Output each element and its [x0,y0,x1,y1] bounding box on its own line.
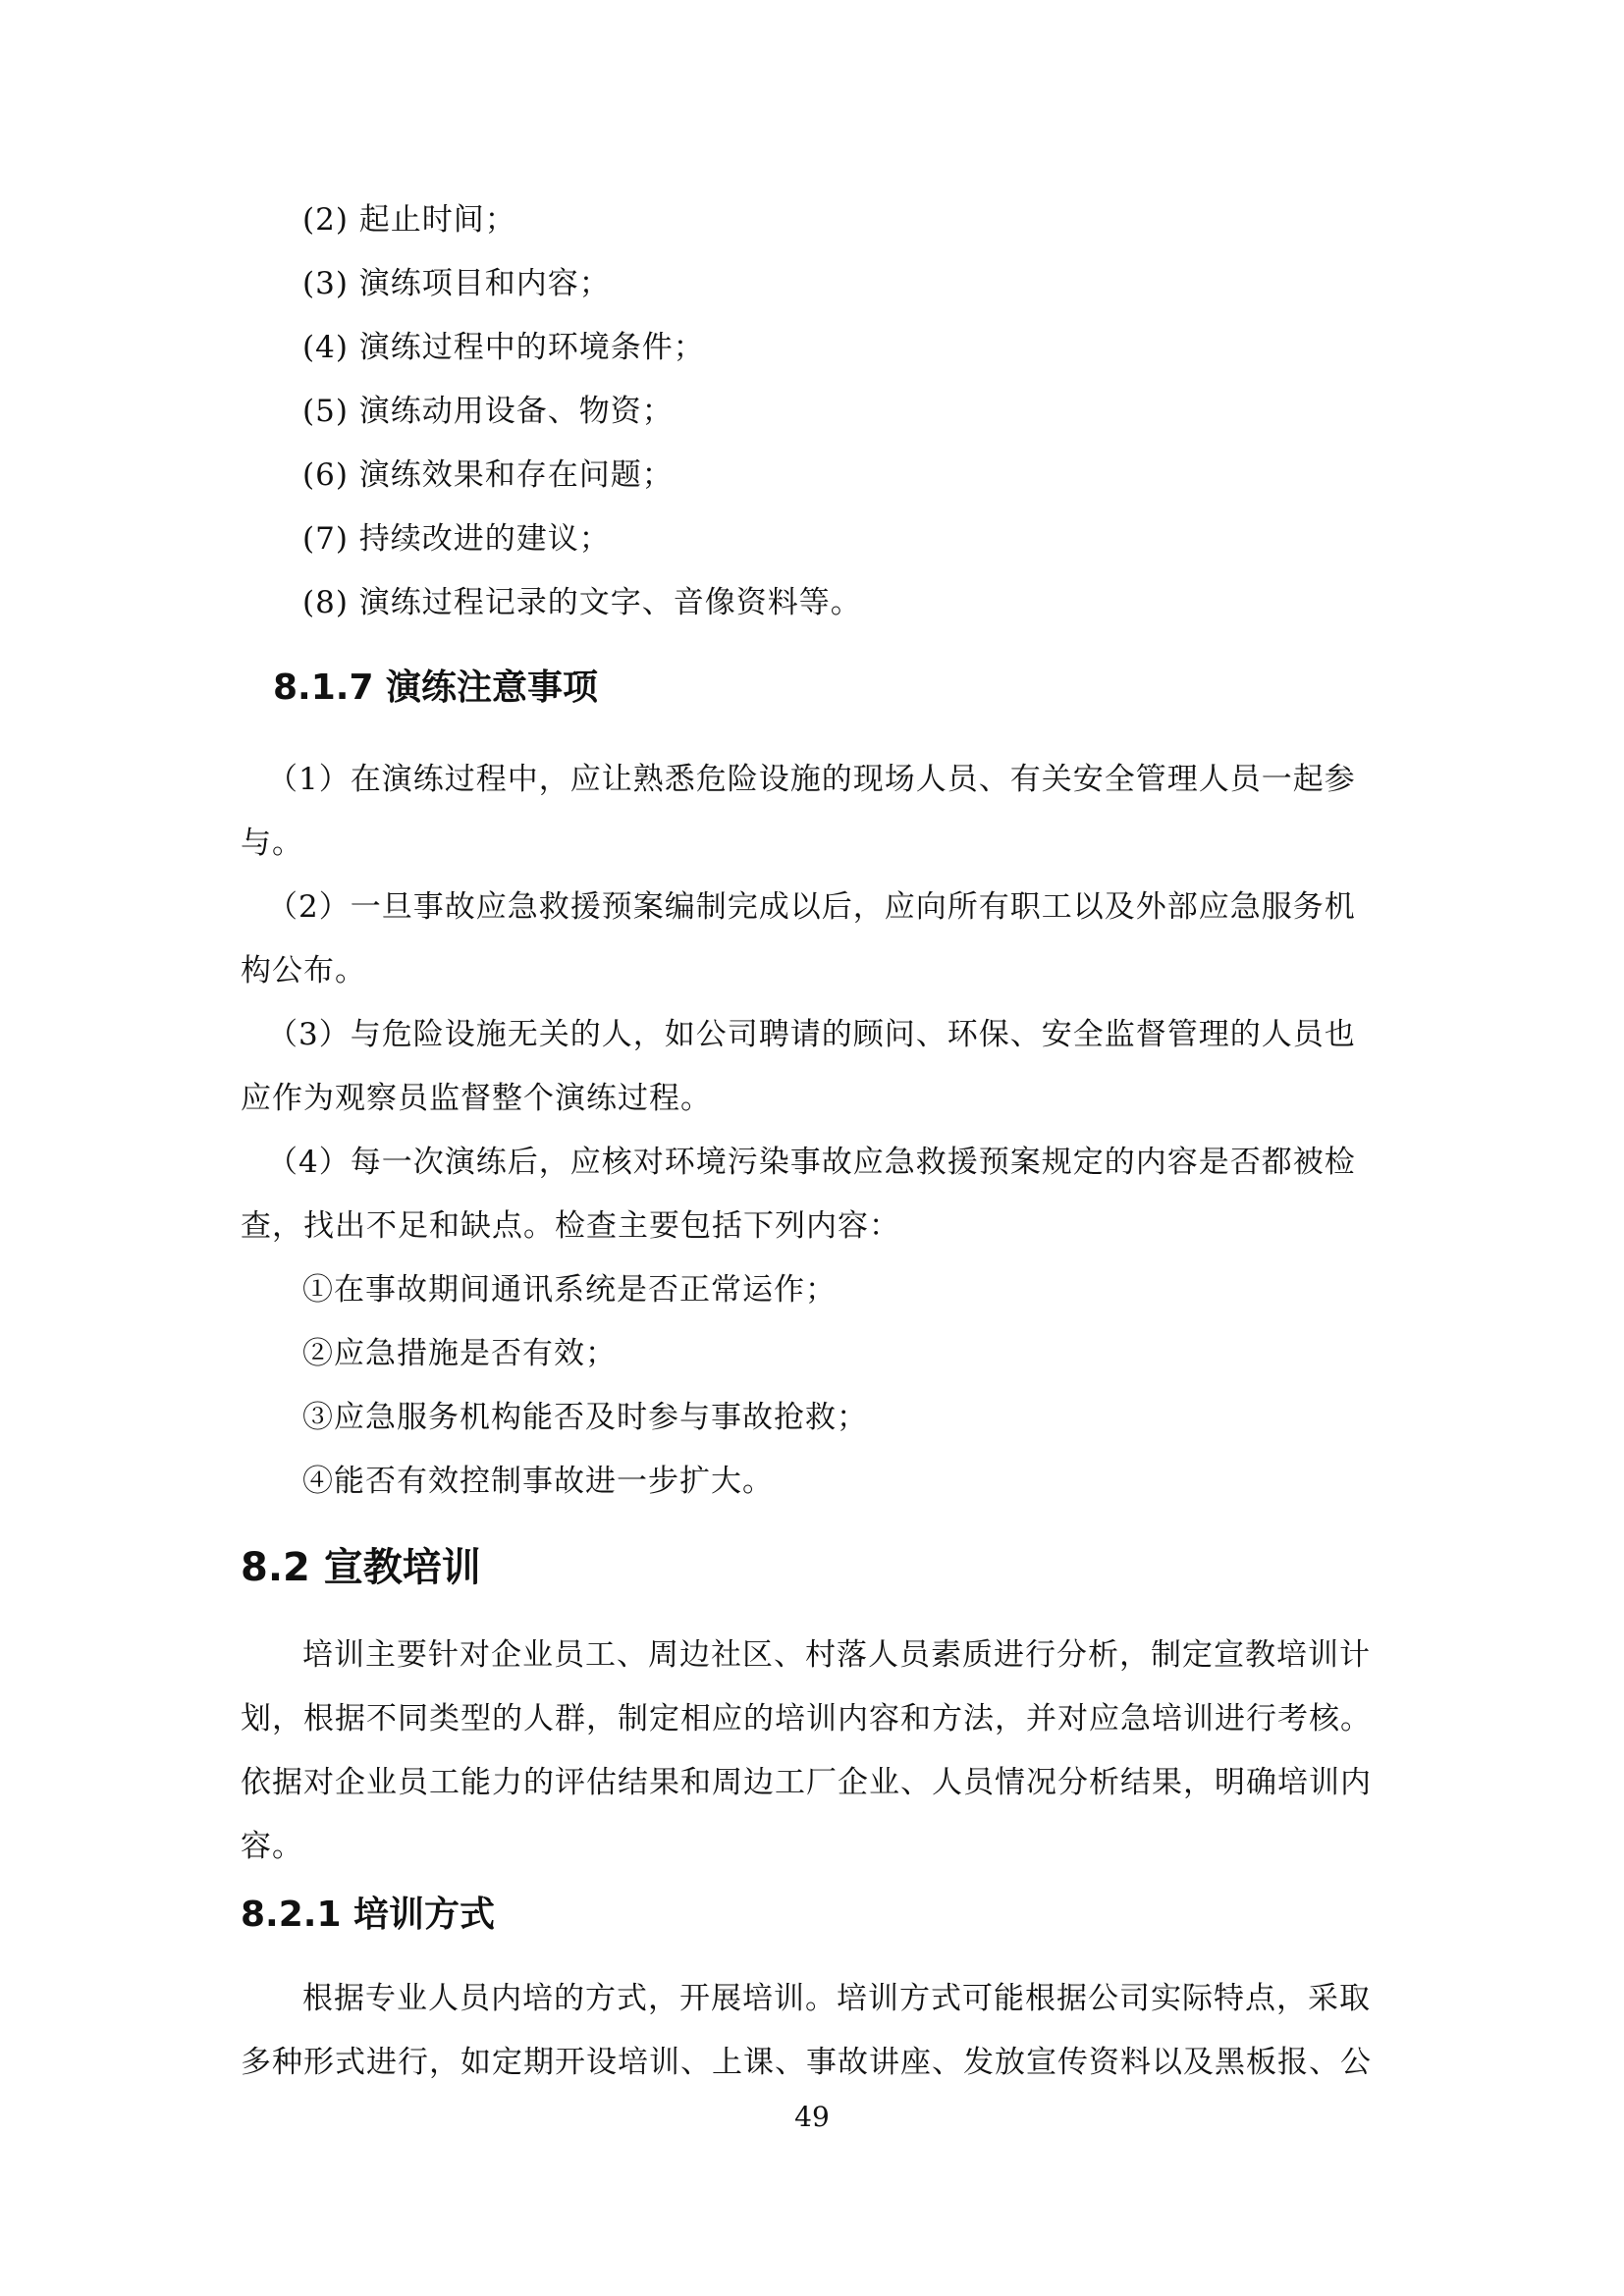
check-item: ①在事故期间通讯系统是否正常运作； [302,1264,837,1308]
paragraph-line: 划，根据不同类型的人群，制定相应的培训内容和方法，并对应急培训进行考核。 [241,1693,1372,1737]
paragraph-line: 依据对企业员工能力的评估结果和周边工厂企业、人员情况分析结果，明确培训内 [241,1757,1372,1801]
list-item: (7) 持续改进的建议； [302,513,611,558]
section-heading-8-2-1: 8.2.1 培训方式 [241,1887,495,1937]
paragraph-line: 与。 [241,818,303,862]
list-item: (5) 演练动用设备、物资； [302,386,674,430]
list-item: (4) 演练过程中的环境条件； [302,322,705,366]
paragraph-line: （1）在演练过程中，应让熟悉危险设施的现场人员、有关安全管理人员一起参 [267,754,1356,798]
section-heading-8-2: 8.2 宣教培训 [241,1536,481,1592]
paragraph-line: 根据专业人员内培的方式，开展培训。培训方式可能根据公司实际特点，采取 [302,1973,1371,2017]
list-item: (6) 演练效果和存在问题； [302,450,674,494]
list-item: (8) 演练过程记录的文字、音像资料等。 [302,577,862,621]
paragraph-line: 容。 [241,1821,303,1865]
paragraph-line: （2）一旦事故应急救援预案编制完成以后，应向所有职工以及外部应急服务机 [267,881,1356,926]
paragraph-line: 构公布。 [241,945,366,989]
page-number: 49 [0,2101,1624,2133]
list-item: (2) 起止时间； [302,194,516,239]
paragraph-line: 应作为观察员监督整个演练过程。 [241,1073,712,1117]
document-page: (2) 起止时间； (3) 演练项目和内容； (4) 演练过程中的环境条件； (… [0,0,1624,2296]
check-item: ③应急服务机构能否及时参与事故抢救； [302,1392,868,1436]
list-item: (3) 演练项目和内容； [302,258,611,302]
paragraph-line: 培训主要针对企业员工、周边社区、村落人员素质进行分析，制定宣教培训计 [302,1629,1371,1674]
check-item: ④能否有效控制事故进一步扩大。 [302,1456,774,1500]
paragraph-line: 多种形式进行，如定期开设培训、上课、事故讲座、发放宣传资料以及黑板报、公 [241,2037,1372,2081]
check-item: ②应急措施是否有效； [302,1328,617,1372]
paragraph-line: 查，找出不足和缺点。检查主要包括下列内容： [241,1201,900,1245]
section-heading-8-1-7: 8.1.7 演练注意事项 [273,660,598,710]
paragraph-line: （4）每一次演练后，应核对环境污染事故应急救援预案规定的内容是否都被检 [267,1137,1356,1181]
paragraph-line: （3）与危险设施无关的人，如公司聘请的顾问、环保、安全监督管理的人员也 [267,1009,1356,1053]
